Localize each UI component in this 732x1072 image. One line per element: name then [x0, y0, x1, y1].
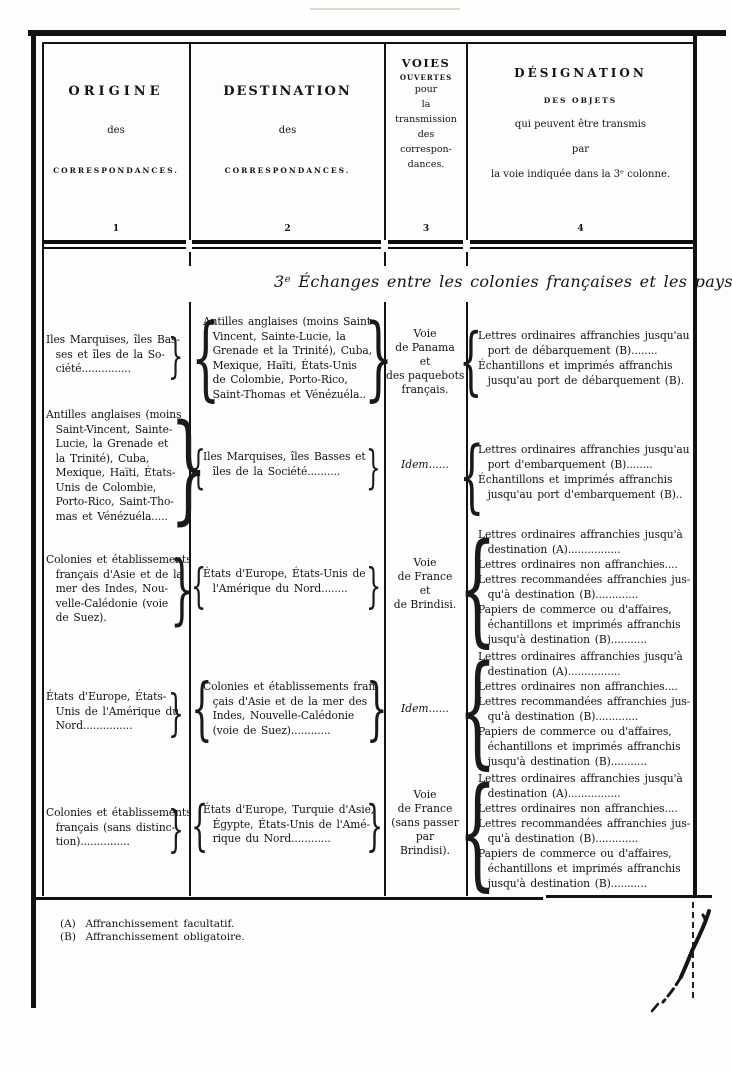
table-bottom-rule — [546, 895, 712, 898]
header-voies-number: 3 — [423, 224, 429, 234]
header-origin-sub: CORRESPONDANCES. — [53, 166, 179, 175]
destination-cell: Iles Marquises, îles Basses et îles de l… — [203, 450, 366, 479]
voie-cell: Voie de France (sans passer par Brindisi… — [386, 788, 464, 858]
footnote-b: (B) Affranchissement obligatoire. — [60, 931, 245, 943]
brace: } — [366, 562, 381, 610]
header-voies-title: VOIES — [402, 56, 451, 70]
body-separator-stub-3 — [466, 252, 468, 266]
header-designation-sub: DES OBJETS — [544, 96, 617, 105]
destination-cell: États d'Europe, Turquie d'Asie, Égypte, … — [203, 803, 374, 847]
header-origin-number: 1 — [113, 224, 119, 234]
voie-cell: Voie de Panama et des paquebots français… — [386, 327, 464, 397]
destination-cell: Colonies et établissements fran- çais d'… — [203, 680, 379, 738]
header-voies-line: la — [422, 97, 431, 112]
header-origin: ORIGINE des CORRESPONDANCES. 1 — [44, 44, 188, 240]
scanned-document-page: ORIGINE des CORRESPONDANCES. 1 DESTINATI… — [0, 0, 732, 1072]
designation-cell: Lettres ordinaires affranchies jusqu'à d… — [478, 771, 690, 891]
header-designation-line3: la voie indiquée dans la 3ᵉ colonne. — [491, 169, 670, 180]
brace: } — [366, 799, 383, 853]
header-designation-title: DÉSIGNATION — [514, 66, 647, 80]
header-destination-des: des — [279, 125, 296, 136]
header-destination-number: 2 — [284, 224, 290, 234]
voie-cell: Idem...... — [386, 458, 464, 472]
header-destination-sub: CORRESPONDANCES. — [225, 166, 351, 175]
origin-cell: Iles Marquises, îles Bas- ses et îles de… — [46, 333, 180, 377]
header-destination: DESTINATION des CORRESPONDANCES. 2 — [191, 44, 384, 240]
scan-smudge — [310, 8, 460, 10]
header-voies: VOIES OUVERTES pour la transmission des … — [386, 44, 466, 240]
origin-cell: Antilles anglaises (moins Saint-Vincent,… — [46, 408, 181, 524]
section-title: 3ᵉ Échanges entre les colonies française… — [274, 272, 732, 291]
body-separator-stub-1 — [189, 252, 191, 266]
designation-cell: Lettres ordinaires affranchies jusqu'au … — [478, 328, 689, 388]
brace: } — [168, 332, 183, 380]
voie-cell: Idem...... — [386, 702, 464, 716]
footnote-a: (A) Affranchissement facultatif. — [60, 918, 234, 930]
header-designation-line1: qui peuvent être transmis — [515, 119, 646, 130]
header-voies-line: des — [418, 127, 435, 142]
origin-cell: États d'Europe, États- Unis de l'Amériqu… — [46, 690, 179, 734]
header-voies-line: correspon- — [400, 142, 452, 157]
header-designation-number: 4 — [577, 224, 583, 234]
header-voies-ouvertes: OUVERTES — [400, 73, 452, 82]
header-rule-segment — [388, 240, 463, 249]
table-bottom-rule — [33, 897, 543, 900]
header-voies-line: pour — [415, 82, 437, 97]
designation-cell: Lettres ordinaires affranchies jusqu'au … — [478, 442, 689, 502]
ink-mark — [645, 905, 723, 1017]
header-origin-title: ORIGINE — [68, 84, 163, 99]
destination-cell: Antilles anglaises (moins Saint- Vincent… — [203, 315, 374, 402]
destination-cell: États d'Europe, États-Unis de l'Amérique… — [203, 567, 365, 596]
brace: } — [168, 804, 184, 854]
brace: } — [366, 676, 388, 744]
header-origin-des: des — [107, 125, 124, 136]
header-designation: DÉSIGNATION DES OBJETS qui peuvent être … — [468, 44, 693, 240]
header-voies-line: dances. — [408, 157, 445, 172]
designation-cell: Lettres ordinaires affranchies jusqu'à d… — [478, 649, 690, 769]
header-destination-title: DESTINATION — [223, 84, 352, 99]
frame-right-border — [693, 36, 697, 898]
body-separator-stub-2 — [384, 252, 386, 266]
header-rule-segment — [192, 240, 381, 249]
frame-top-border — [28, 30, 726, 36]
header-rule-segment — [42, 240, 186, 249]
designation-cell: Lettres ordinaires affranchies jusqu'à d… — [478, 527, 690, 647]
brace: } — [168, 688, 184, 738]
frame-left-border — [31, 30, 36, 1008]
header-designation-line2: par — [572, 144, 589, 155]
header-voies-line: transmission — [395, 112, 457, 127]
voie-cell: Voie de France et de Brindisi. — [386, 556, 464, 612]
header-rule-segment — [470, 240, 693, 249]
brace: } — [366, 444, 381, 490]
